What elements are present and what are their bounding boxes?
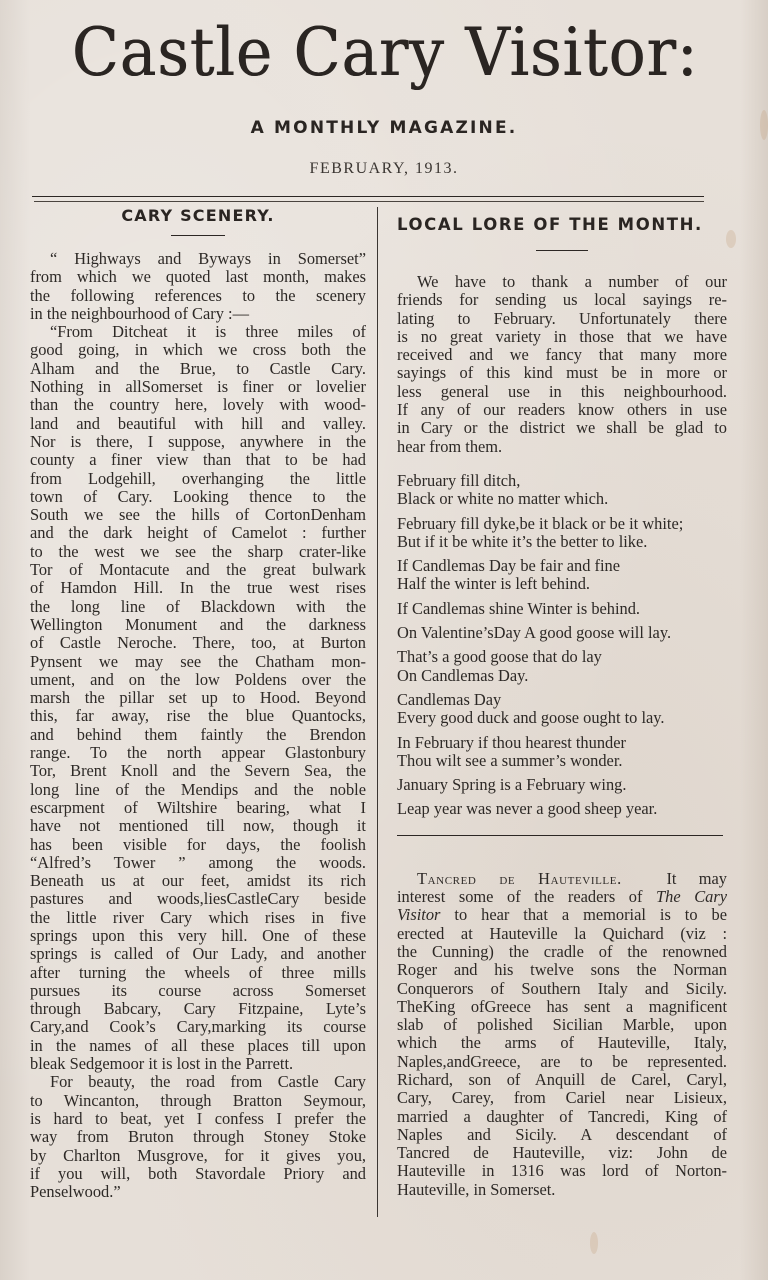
- text-line: TheKing ofGreece has sent a magnificent: [397, 998, 727, 1016]
- sayings-list: February fill ditch, Black or white no m…: [397, 472, 727, 819]
- text-line: land and beautiful with hill and valley.: [30, 415, 366, 433]
- text-line: the following references to the scenery: [30, 287, 366, 305]
- text-line: less general use in this neighbourhood.: [397, 383, 727, 401]
- text-line: interest some of the readers of The Cary: [397, 888, 727, 906]
- text-line: have not mentioned till now, though it: [30, 817, 366, 835]
- text-line: Half the winter is left behind.: [397, 575, 727, 593]
- text-line: county a finer view than that to be had: [30, 451, 366, 469]
- text-line: sayings of this kind must be in more or: [397, 364, 727, 382]
- text-line: married a daughter of Tancredi, King of: [397, 1108, 727, 1126]
- saying: If Candlemas Day be fair and fine Half t…: [397, 557, 727, 594]
- text-line: Pynsent we may see the Chatham mon-: [30, 653, 366, 671]
- paper-stain: [590, 1232, 598, 1254]
- text-line: Conquerors of Southern Italy and Sicily.: [397, 980, 727, 998]
- paragraph: “From Ditcheat it is three miles of good…: [30, 323, 366, 1073]
- text-line: in the neighbourhood of Cary :—: [30, 305, 366, 323]
- paper-stain: [726, 230, 736, 248]
- text-line: Candlemas Day: [397, 691, 727, 709]
- text-line: Black or white no matter which.: [397, 490, 727, 508]
- magazine-subtitle: A MONTHLY MAGAZINE.: [0, 118, 768, 138]
- text-line: from which we quoted last month, makes: [30, 268, 366, 286]
- magazine-title: Castle Cary Visitor:: [55, 8, 715, 98]
- article-body: “ Highways and Byways in Somerset” from …: [30, 250, 366, 1201]
- text-line: February fill ditch,: [397, 472, 727, 490]
- text-line: pastures and woods,liesCastleCary beside: [30, 890, 366, 908]
- text-line: slab of polished Sicilian Marble, upon: [397, 1016, 727, 1034]
- text-line: Beneath us at our feet, amidst its rich: [30, 872, 366, 890]
- text-line: Roger and his twelve sons the Norman: [397, 961, 727, 979]
- text-line: For beauty, the road from Castle Cary: [30, 1073, 366, 1091]
- text-line: If Candlemas Day be fair and fine: [397, 557, 727, 575]
- text-line: Nothing in allSomerset is finer or lovel…: [30, 378, 366, 396]
- text-line: February fill dyke,be it black or be it …: [397, 515, 727, 533]
- paragraph: For beauty, the road from Castle Cary to…: [30, 1073, 366, 1201]
- text-fragment: It may: [666, 869, 727, 888]
- paragraph: “ Highways and Byways in Somerset” from …: [30, 250, 366, 323]
- text-line: Tor of Montacute and the great bulwark: [30, 561, 366, 579]
- text-fragment: to hear that a memorial is to be: [440, 905, 727, 924]
- text-line: January Spring is a February wing.: [397, 776, 727, 794]
- text-line: If Candlemas shine Winter is behind.: [397, 600, 727, 618]
- text-line: Naples,andGreece, are to be represented.: [397, 1053, 727, 1071]
- text-line: Thou wilt see a summer’s wonder.: [397, 752, 727, 770]
- text-line: has been visible for days, the foolish: [30, 836, 366, 854]
- text-line: ument, and on the low Poldens over the: [30, 671, 366, 689]
- text-line: long line of the Mendips and the noble: [30, 781, 366, 799]
- text-line: Cary,and Cook’s Cary,marking its course: [30, 1018, 366, 1036]
- article-local-lore: LOCAL LORE OF THE MONTH. We have to than…: [397, 200, 727, 1199]
- text-line: which the arms of Hauteville, Italy,: [397, 1034, 727, 1052]
- text-line: In February if thou hearest thunder: [397, 734, 727, 752]
- text-line: friends for sending us local sayings re-: [397, 291, 727, 309]
- text-line: the little river Cary which rises in fiv…: [30, 909, 366, 927]
- intro-paragraph: We have to thank a number of our friends…: [397, 273, 727, 456]
- text-line: springs is called of Our Lady, and anoth…: [30, 945, 366, 963]
- text-line: and behind them faintly the Brendon: [30, 726, 366, 744]
- saying: Leap year was never a good sheep year.: [397, 800, 727, 818]
- text-line: to the west we see the sharp crater-like: [30, 543, 366, 561]
- text-line: But if it be white it’s the better to li…: [397, 533, 727, 551]
- text-line: than the country here, lovely with wood-: [30, 396, 366, 414]
- text-line: Naples and Sicily. A descendant of: [397, 1126, 727, 1144]
- text-line: Alham and the Brue, to Castle Cary.: [30, 360, 366, 378]
- column-divider: [377, 207, 378, 1217]
- text-line: through Babcary, Cary Fitzpaine, Lyte’s: [30, 1000, 366, 1018]
- article-cary-scenery: CARY SCENERY. “ Highways and Byways in S…: [30, 200, 366, 1201]
- text-line: Tancred de Hauteville, viz: John de: [397, 1144, 727, 1162]
- text-line: Tor, Brent Knoll and the Severn Sea, the: [30, 762, 366, 780]
- text-line: in Cary or the district we shall be glad…: [397, 419, 727, 437]
- saying: Candlemas Day Every good duck and goose …: [397, 691, 727, 728]
- text-line: of Hamdon Hill. In the true west rises: [30, 579, 366, 597]
- text-line: of Castle Neroche. There, too, at Burton: [30, 634, 366, 652]
- text-line: range. To the north appear Glastonbury: [30, 744, 366, 762]
- text-line: is no great variety in those that we hav…: [397, 328, 727, 346]
- tancred-heading: Tancred de Hauteville.: [417, 869, 622, 888]
- text-line: Cary, Carey, from Cariel near Lisieux,: [397, 1089, 727, 1107]
- text-fragment: interest some of the readers of: [397, 887, 656, 906]
- saying: In February if thou hearest thunder Thou…: [397, 734, 727, 771]
- publication-name: Visitor: [397, 905, 440, 924]
- text-line: after turning the wheels of three mills: [30, 964, 366, 982]
- magazine-page: Castle Cary Visitor: A MONTHLY MAGAZINE.…: [0, 0, 768, 1280]
- text-line: Hauteville in 1316 was lord of Norton-: [397, 1162, 727, 1180]
- issue-date: FEBRUARY, 1913.: [0, 160, 768, 178]
- tancred-paragraph: Tancred de Hauteville. It may interest s…: [397, 870, 727, 1199]
- text-line: springs upon this very hill. One of thes…: [30, 927, 366, 945]
- text-line: Visitor to hear that a memorial is to be: [397, 906, 727, 924]
- text-line: if you will, both Stavordale Priory and: [30, 1165, 366, 1183]
- saying: January Spring is a February wing.: [397, 776, 727, 794]
- text-line: marsh the pillar set up to Hood. Beyond: [30, 689, 366, 707]
- text-line: from Lodgehill, overhanging the little: [30, 470, 366, 488]
- text-line: Penselwood.”: [30, 1183, 366, 1201]
- text-line: “Alfred’s Tower ” among the woods.: [30, 854, 366, 872]
- saying: February fill dyke,be it black or be it …: [397, 515, 727, 552]
- section-rule: [397, 835, 723, 836]
- saying: February fill ditch, Black or white no m…: [397, 472, 727, 509]
- text-line: erected at Hauteville la Quichard (viz :: [397, 925, 727, 943]
- text-line: town of Cary. Looking thence to the: [30, 488, 366, 506]
- text-line: good going, in which we cross both the: [30, 341, 366, 359]
- text-line: this, far away, rise the blue Quantocks,: [30, 707, 366, 725]
- article-heading: LOCAL LORE OF THE MONTH.: [397, 215, 727, 234]
- text-line: way from Bruton through Stoney Stoke: [30, 1128, 366, 1146]
- header-rule: [32, 196, 704, 197]
- saying: That’s a good goose that do lay On Candl…: [397, 648, 727, 685]
- publication-name: The Cary: [656, 887, 727, 906]
- text-line: the long line of Blackdown with the: [30, 598, 366, 616]
- text-line: Every good duck and goose ought to lay.: [397, 709, 727, 727]
- text-line: That’s a good goose that do lay: [397, 648, 727, 666]
- text-line: On Valentine’sDay A good goose will lay.: [397, 624, 727, 642]
- text-line: by Charlton Musgrove, for it gives you,: [30, 1147, 366, 1165]
- text-line: Wellington Monument and the darkness: [30, 616, 366, 634]
- text-line: escarpment of Wiltshire bearing, what I: [30, 799, 366, 817]
- text-line: the Cunning) the cradle of the renowned: [397, 943, 727, 961]
- text-line: Hauteville, in Somerset.: [397, 1181, 727, 1199]
- heading-rule: [536, 250, 588, 251]
- text-line: Richard, son of Anquill de Carel, Caryl,: [397, 1071, 727, 1089]
- text-line: bleak Sedgemoor it is lost in the Parret…: [30, 1055, 366, 1073]
- text-line: lating to February. Unfortunately there: [397, 310, 727, 328]
- text-line: Nor is there, I suppose, anywhere in the: [30, 433, 366, 451]
- text-line: pursues its course across Somerset: [30, 982, 366, 1000]
- saying: If Candlemas shine Winter is behind.: [397, 600, 727, 618]
- text-line: in the names of all these places till up…: [30, 1037, 366, 1055]
- text-line: hear from them.: [397, 438, 727, 456]
- text-line: “From Ditcheat it is three miles of: [30, 323, 366, 341]
- text-line: We have to thank a number of our: [397, 273, 727, 291]
- text-line: is hard to beat, yet I confess I prefer …: [30, 1110, 366, 1128]
- text-line: On Candlemas Day.: [397, 667, 727, 685]
- heading-rule: [171, 235, 225, 236]
- text-line: to Wincanton, through Bratton Seymour,: [30, 1092, 366, 1110]
- text-line: received and we fancy that many more: [397, 346, 727, 364]
- text-line: If any of our readers know others in use: [397, 401, 727, 419]
- saying: On Valentine’sDay A good goose will lay.: [397, 624, 727, 642]
- article-heading: CARY SCENERY.: [30, 206, 366, 225]
- text-line: Leap year was never a good sheep year.: [397, 800, 727, 818]
- text-line: Tancred de Hauteville. It may: [397, 870, 727, 888]
- text-line: South we see the hills of CortonDenham: [30, 506, 366, 524]
- text-line: and the dark height of Camelot : further: [30, 524, 366, 542]
- text-line: “ Highways and Byways in Somerset”: [30, 250, 366, 268]
